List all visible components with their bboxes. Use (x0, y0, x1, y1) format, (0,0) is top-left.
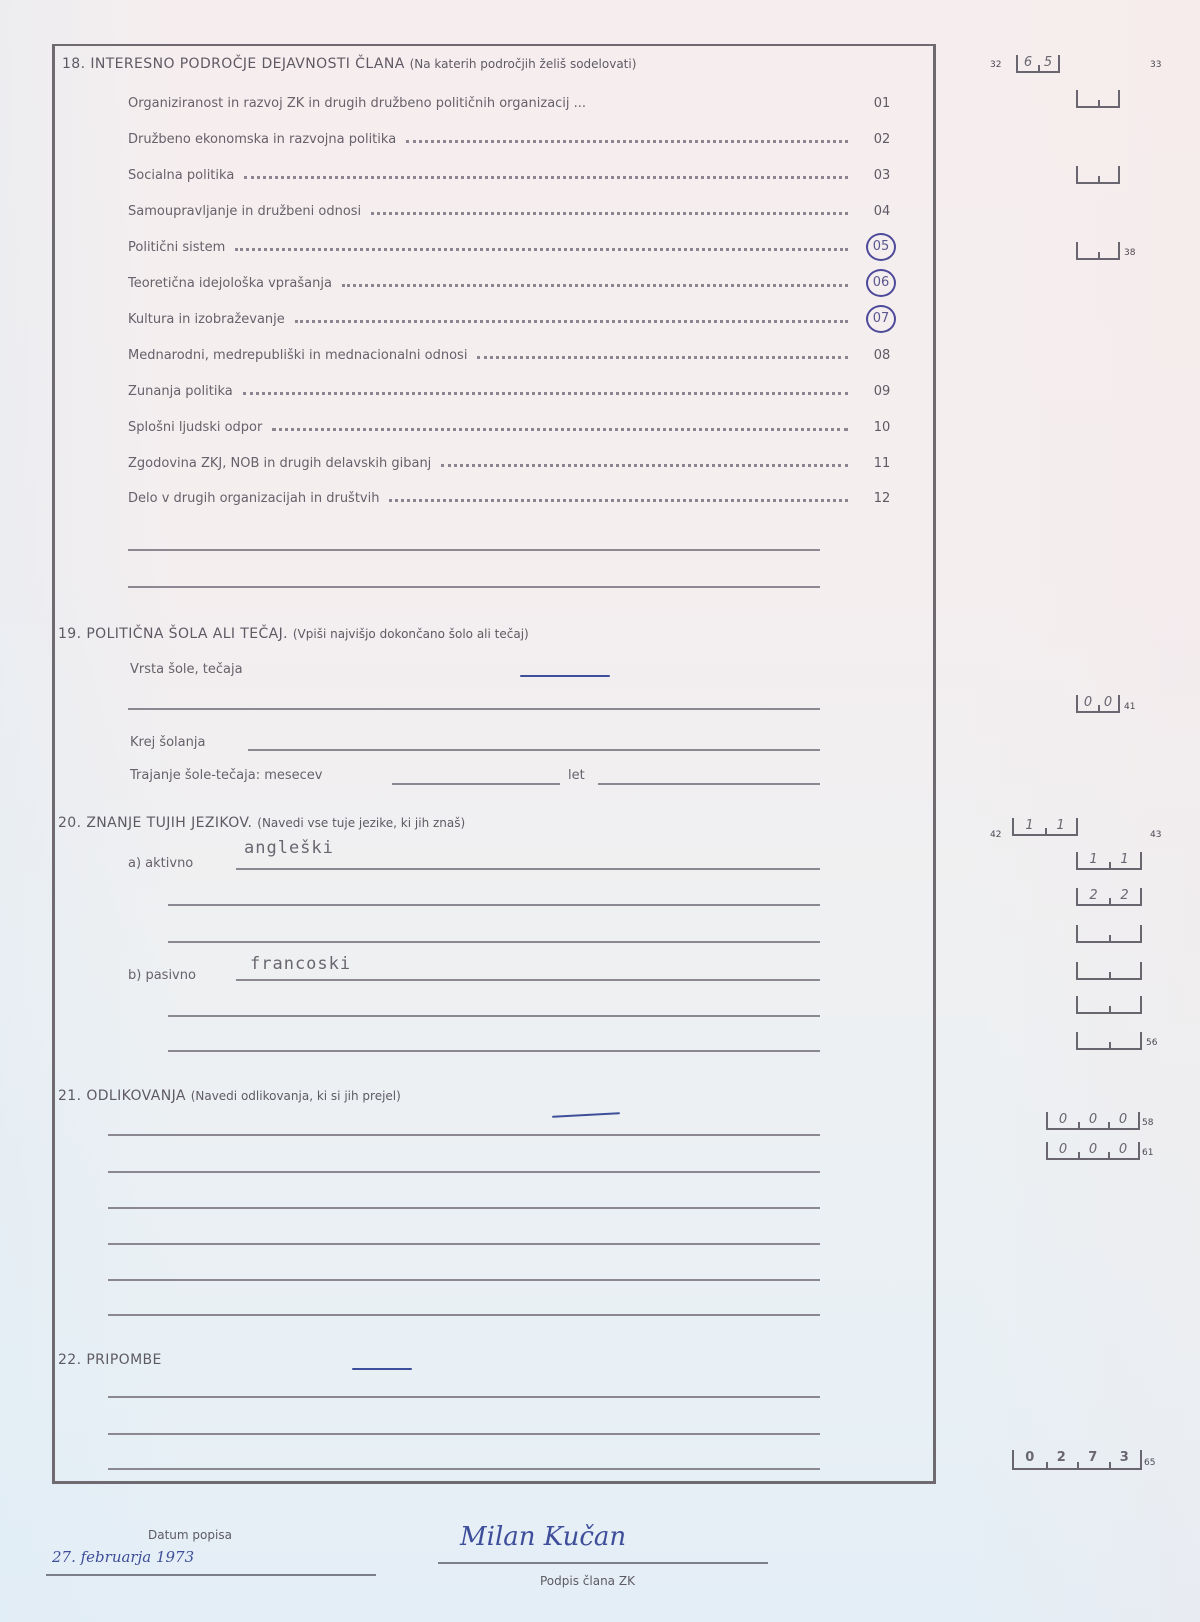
circled-code[interactable]: 07 (866, 305, 896, 333)
code-digit: 0 (1078, 1112, 1108, 1128)
interest-item[interactable]: Družbeno ekonomska in razvojna politika0… (128, 132, 848, 147)
interest-item[interactable]: Zunanja politika09 (128, 384, 848, 399)
interest-item[interactable]: Mednarodni, medrepubliški in mednacional… (128, 348, 848, 363)
active-language-field-3[interactable] (168, 941, 820, 943)
code-digit: 0 (1078, 1142, 1108, 1158)
item-code[interactable]: 01 (868, 96, 896, 111)
language-code-box-1[interactable]: 1 1 (1012, 818, 1078, 836)
dot-leader (244, 176, 848, 179)
code-digit: 1 (1045, 818, 1076, 834)
section-21-heading: 21. ODLIKOVANJA (58, 1088, 186, 1104)
section-19-title: 19. POLITIČNA ŠOLA ALI TEČAJ. (Vpiši naj… (58, 626, 529, 642)
section-22-heading: 22. PRIPOMBE (58, 1352, 162, 1368)
award-field-6[interactable] (108, 1314, 820, 1316)
item-code[interactable]: 02 (868, 132, 896, 147)
section-21-title: 21. ODLIKOVANJA (Navedi odlikovanja, ki … (58, 1088, 401, 1104)
language-code-box-7[interactable] (1076, 1032, 1142, 1050)
code-digit: 1 (1078, 852, 1109, 868)
item-code[interactable]: 11 (868, 456, 896, 471)
remarks-field-1[interactable] (108, 1396, 820, 1398)
code-digit: 1 (1014, 818, 1045, 834)
dot-leader (389, 499, 848, 502)
language-code-box-5[interactable] (1076, 962, 1142, 980)
interest-item[interactable]: Splošni ljudski odpor10 (128, 420, 848, 435)
interest-code-box-2[interactable] (1076, 90, 1120, 108)
remarks-field-2[interactable] (108, 1433, 820, 1435)
code-digit: 2 (1046, 1450, 1078, 1468)
section-18-title: 18. INTERESNO PODROČJE DEJAVNOSTI ČLANA … (62, 56, 636, 72)
code-digit: 1 (1109, 852, 1140, 868)
column-number-label: 58 (1142, 1118, 1153, 1128)
dot-leader (272, 428, 848, 431)
award-field-2[interactable] (108, 1171, 820, 1173)
column-number-label: 61 (1142, 1148, 1153, 1158)
duration-months-label: Trajanje šole-tečaja: mesecev (130, 768, 323, 783)
column-number-label: 56 (1146, 1038, 1157, 1048)
interest-item-label: Zgodovina ZKJ, NOB in drugih delavskih g… (128, 456, 441, 471)
signature-label: Podpis člana ZK (540, 1574, 635, 1588)
blank-line (128, 586, 820, 588)
interest-item[interactable]: Kultura in izobraževanje07 (128, 312, 848, 327)
interest-item[interactable]: Delo v drugih organizacijah in društvih1… (128, 491, 848, 506)
interest-item[interactable]: Samoupravljanje in družbeni odnosi04 (128, 204, 848, 219)
active-language-label: a) aktivno (128, 856, 193, 871)
interest-item-label: Samoupravljanje in družbeni odnosi (128, 204, 371, 219)
interest-item[interactable]: Socialna politika03 (128, 168, 848, 183)
section-19-heading: 19. POLITIČNA ŠOLA ALI TEČAJ. (58, 626, 288, 642)
dot-leader (441, 464, 848, 467)
pen-dash-mark (520, 675, 610, 677)
section-22-title: 22. PRIPOMBE (58, 1352, 162, 1368)
interest-code-box-4[interactable] (1076, 242, 1120, 260)
circled-code[interactable]: 05 (866, 233, 896, 261)
interest-item-label: Družbeno ekonomska in razvojna politika (128, 132, 406, 147)
active-language-field-2[interactable] (168, 904, 820, 906)
interest-item[interactable]: Zgodovina ZKJ, NOB in drugih delavskih g… (128, 456, 848, 471)
section-18-heading: 18. INTERESNO PODROČJE DEJAVNOSTI ČLANA (62, 56, 405, 72)
item-code[interactable]: 12 (868, 491, 896, 506)
language-code-box-3[interactable]: 2 2 (1076, 888, 1142, 906)
signature: Milan Kučan (460, 1522, 626, 1552)
dot-leader (371, 212, 848, 215)
passive-language-field-2[interactable] (168, 1015, 820, 1017)
column-number-label: 32 (990, 60, 1001, 70)
dot-leader (243, 392, 848, 395)
item-code[interactable]: 03 (868, 168, 896, 183)
duration-months-field[interactable] (392, 783, 560, 785)
passive-language-value: francoski (250, 954, 351, 974)
duration-years-label: let (568, 768, 585, 783)
total-code-box[interactable]: 0 2 7 3 (1012, 1450, 1142, 1470)
section-18-note: (Na katerih področjih želiš sodelovati) (410, 57, 637, 71)
section-20-note: (Navedi vse tuje jezike, ki jih znaš) (257, 816, 465, 830)
code-digit: 5 (1038, 55, 1058, 71)
code-digit: 0 (1108, 1142, 1138, 1158)
language-code-box-2[interactable]: 1 1 (1076, 852, 1142, 870)
interest-item-label: Teoretična idejološka vprašanja (128, 276, 342, 291)
duration-years-field[interactable] (598, 783, 820, 785)
award-code-box-2[interactable]: 0 0 0 (1046, 1142, 1140, 1160)
code-digit: 7 (1077, 1450, 1109, 1468)
award-field-1[interactable] (108, 1134, 820, 1136)
code-digit: 0 (1048, 1142, 1078, 1158)
interest-item-label: Socialna politika (128, 168, 244, 183)
column-number-label: 33 (1150, 60, 1161, 70)
interest-item-label: Politični sistem (128, 240, 235, 255)
active-language-value: angleški (244, 838, 334, 858)
section-19-note: (Vpiši najvišjo dokončano šolo ali tečaj… (293, 627, 529, 641)
item-code[interactable]: 10 (868, 420, 896, 435)
language-code-box-4[interactable] (1076, 925, 1142, 943)
code-digit: 6 (1018, 55, 1038, 71)
code-digit: 0 (1014, 1450, 1046, 1468)
interest-item-label: Mednarodni, medrepubliški in mednacional… (128, 348, 477, 363)
item-code[interactable]: 09 (868, 384, 896, 399)
active-language-field[interactable] (236, 868, 820, 870)
dot-leader (295, 320, 848, 323)
interest-item[interactable]: Teoretična idejološka vprašanja06 (128, 276, 848, 291)
column-number-label: 65 (1144, 1458, 1155, 1468)
end-of-school-label: Krej šolanja (130, 735, 205, 750)
dot-leader (477, 356, 848, 359)
dot-leader (235, 248, 848, 251)
school-code-box[interactable]: 0 0 (1076, 695, 1120, 713)
dot-leader (406, 140, 848, 143)
interest-item-label: Splošni ljudski odpor (128, 420, 272, 435)
section-20-title: 20. ZNANJE TUJIH JEZIKOV. (Navedi vse tu… (58, 815, 465, 831)
code-digit: 0 (1098, 695, 1118, 711)
passive-language-field-3[interactable] (168, 1050, 820, 1052)
school-type-label: Vrsta šole, tečaja (130, 662, 243, 677)
date-field[interactable] (46, 1574, 376, 1576)
award-code-box-1[interactable]: 0 0 0 (1046, 1112, 1140, 1130)
form-frame (52, 44, 936, 1484)
code-digit: 2 (1109, 888, 1140, 904)
code-digit: 0 (1078, 695, 1098, 711)
section-21-note: (Navedi odlikovanja, ki si jih prejel) (191, 1089, 401, 1103)
interest-item-label: Zunanja politika (128, 384, 243, 399)
pen-dash-mark (352, 1368, 412, 1370)
circled-code[interactable]: 06 (866, 269, 896, 297)
item-code[interactable]: 04 (868, 204, 896, 219)
code-digit: 0 (1048, 1112, 1078, 1128)
award-field-3[interactable] (108, 1207, 820, 1209)
item-code[interactable]: 08 (868, 348, 896, 363)
interest-code-box[interactable]: 6 5 (1016, 55, 1060, 73)
interest-item-label: Organiziranost in razvoj ZK in drugih dr… (128, 96, 596, 111)
interest-item-label: Delo v drugih organizacijah in društvih (128, 491, 389, 506)
end-of-school-field[interactable] (248, 749, 820, 751)
school-type-field[interactable] (128, 708, 820, 710)
code-digit: 0 (1108, 1112, 1138, 1128)
passive-language-label: b) pasivno (128, 968, 196, 983)
signature-field[interactable] (438, 1562, 768, 1564)
passive-language-field[interactable] (236, 979, 820, 981)
language-code-box-6[interactable] (1076, 996, 1142, 1014)
blank-line (128, 549, 820, 551)
award-field-5[interactable] (108, 1279, 820, 1281)
column-number-label: 38 (1124, 248, 1135, 258)
interest-item[interactable]: Politični sistem05 (128, 240, 848, 255)
interest-code-box-3[interactable] (1076, 166, 1120, 184)
code-digit: 2 (1078, 888, 1109, 904)
interest-item-label: Kultura in izobraževanje (128, 312, 295, 327)
interest-item[interactable]: Organiziranost in razvoj ZK in drugih dr… (128, 96, 848, 111)
code-digit: 3 (1109, 1450, 1141, 1468)
award-field-4[interactable] (108, 1243, 820, 1245)
column-number-label: 41 (1124, 702, 1135, 712)
section-20-heading: 20. ZNANJE TUJIH JEZIKOV. (58, 815, 252, 831)
date-label: Datum popisa (148, 1528, 232, 1542)
column-number-label: 42 (990, 830, 1001, 840)
column-number-label: 43 (1150, 830, 1161, 840)
date-value: 27. februarja 1973 (52, 1548, 194, 1566)
remarks-field-3[interactable] (108, 1468, 820, 1470)
dot-leader (342, 284, 848, 287)
